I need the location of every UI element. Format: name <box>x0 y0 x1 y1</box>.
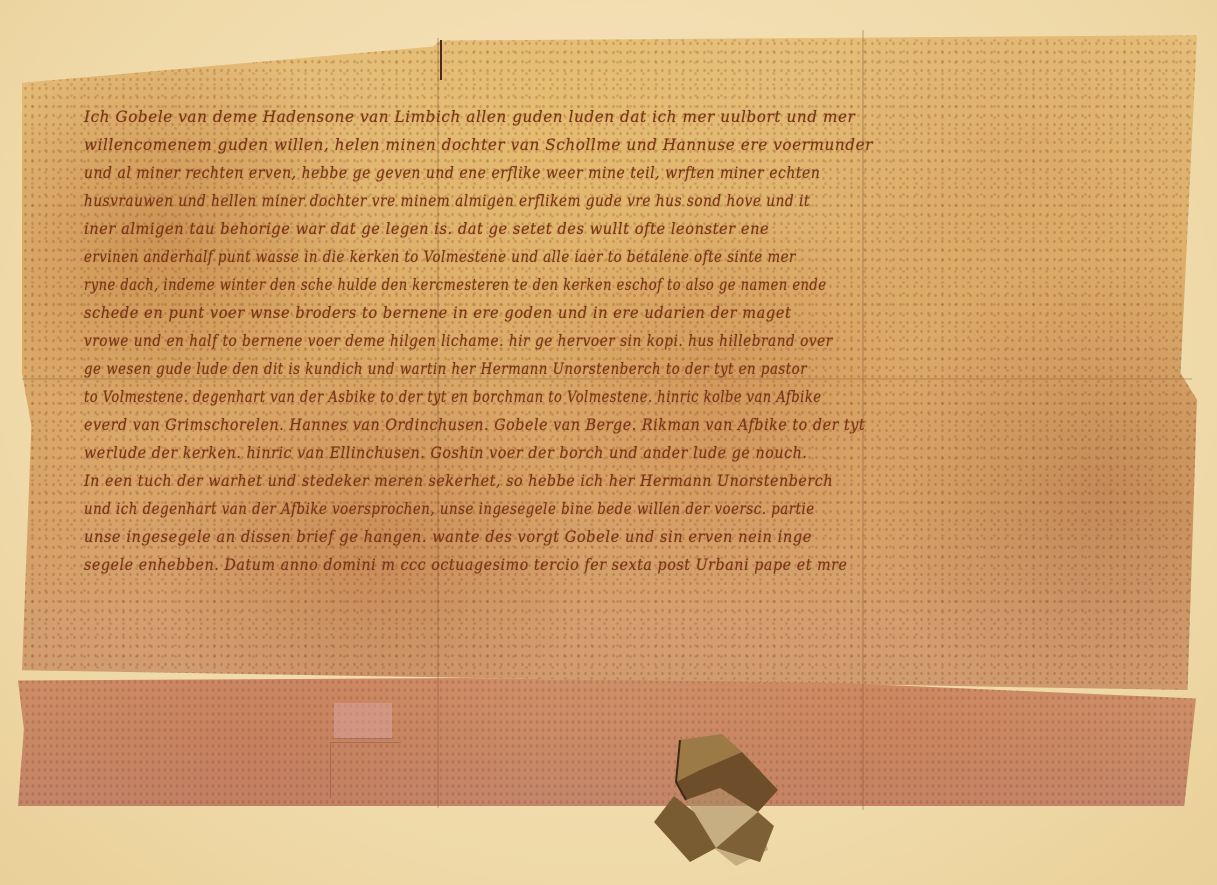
text-line: unse ingesegele an dissen brief ge hange… <box>84 528 812 546</box>
text-line: werlude der kerken. hinric van Ellinchus… <box>84 444 807 462</box>
text-line: ge wesen gude lude den dit is kundich un… <box>84 360 807 378</box>
text-line: husvrauwen und hellen miner dochter vre … <box>84 192 810 210</box>
text-line: In een tuch der warhet und stedeker mere… <box>84 472 833 490</box>
text-line: Ich Gobele van deme Hadensone van Limbic… <box>84 108 855 126</box>
text-line: to Volmestene. degenhart van der Asbike … <box>84 388 821 406</box>
text-line: iner almigen tau behorige war dat ge leg… <box>84 220 769 238</box>
parchment-tear <box>440 40 442 80</box>
text-line: everd van Grimschorelen. Hannes van Ordi… <box>84 416 865 434</box>
text-line: und al miner rechten erven, hebbe ge gev… <box>84 164 820 182</box>
text-line: ervinen anderhalf punt wasse in die kerk… <box>84 248 796 266</box>
text-line: willencomenem guden willen, helen minen … <box>84 136 873 154</box>
text-line: segele enhebben. Datum anno domini m ccc… <box>84 556 848 574</box>
seal-slit <box>334 703 392 739</box>
seal-tag-icon <box>650 730 790 870</box>
plica-fold <box>18 678 1196 806</box>
text-line: ryne dach, indeme winter den sche hulde … <box>84 276 826 294</box>
text-line: vrowe und en half to bernene voer deme h… <box>84 332 833 350</box>
horizontal-fold-line <box>22 378 1192 380</box>
seal-slit-shadow <box>330 742 401 798</box>
text-line: schede en punt voer wnse broders to bern… <box>84 304 791 322</box>
text-line: und ich degenhart van der Afbike voerspr… <box>84 500 815 518</box>
